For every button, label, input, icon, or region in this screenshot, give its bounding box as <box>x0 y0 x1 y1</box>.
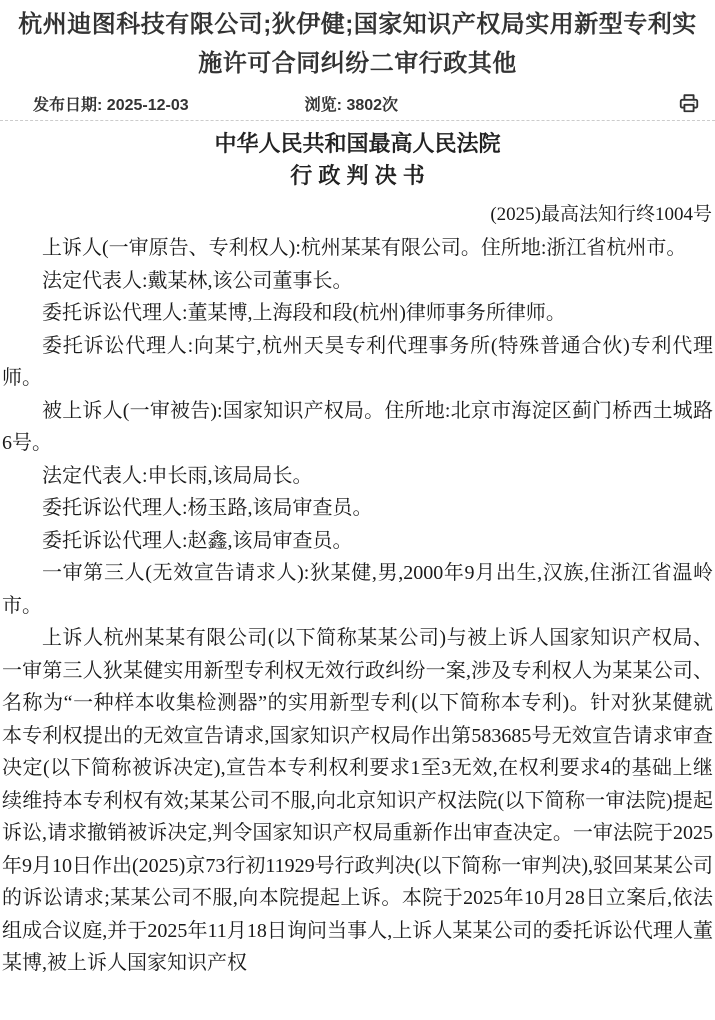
paragraph: 委托诉讼代理人:向某宁,杭州天昊专利代理事务所(特殊普通合伙)专利代理师。 <box>2 330 713 395</box>
paragraph: 法定代表人:戴某林,该公司董事长。 <box>2 265 713 298</box>
publish-date: 发布日期: 2025-12-03 <box>33 92 189 115</box>
judgment-page: 杭州迪图科技有限公司;狄伊健;国家知识产权局实用新型专利实施许可合同纠纷二审行政… <box>0 0 715 1020</box>
views-label: 浏览: <box>305 97 342 114</box>
views-value: 3802次 <box>346 97 398 114</box>
print-button[interactable] <box>677 91 701 115</box>
paragraph: 一审第三人(无效宣告请求人):狄某健,男,2000年9月出生,汉族,住浙江省温岭… <box>2 557 713 622</box>
case-number: (2025)最高法知行终1004号 <box>0 203 715 227</box>
meta-row: 发布日期: 2025-12-03 浏览: 3802次 <box>0 90 715 116</box>
paragraph: 上诉人杭州某某有限公司(以下简称某某公司)与被上诉人国家知识产权局、一审第三人狄… <box>2 622 713 980</box>
paragraph: 法定代表人:申长雨,该局局长。 <box>2 460 713 493</box>
paragraph: 委托诉讼代理人:董某博,上海段和段(杭州)律师事务所律师。 <box>2 297 713 330</box>
views-count: 浏览: 3802次 <box>305 92 398 115</box>
publish-date-label: 发布日期: <box>33 97 102 114</box>
dashed-divider <box>0 120 715 121</box>
paragraph: 委托诉讼代理人:赵鑫,该局审查员。 <box>2 525 713 558</box>
document-type-heading: 行 政 判 决 书 <box>0 162 715 189</box>
paragraph: 上诉人(一审原告、专利权人):杭州某某有限公司。住所地:浙江省杭州市。 <box>2 232 713 265</box>
court-name: 中华人民共和国最高人民法院 <box>0 130 715 157</box>
printer-icon <box>678 92 700 114</box>
paragraph: 委托诉讼代理人:杨玉路,该局审查员。 <box>2 492 713 525</box>
page-title: 杭州迪图科技有限公司;狄伊健;国家知识产权局实用新型专利实施许可合同纠纷二审行政… <box>8 5 708 83</box>
document-body: 上诉人(一审原告、专利权人):杭州某某有限公司。住所地:浙江省杭州市。法定代表人… <box>0 232 715 980</box>
publish-date-value: 2025-12-03 <box>107 97 189 114</box>
paragraph: 被上诉人(一审被告):国家知识产权局。住所地:北京市海淀区蓟门桥西土城路6号。 <box>2 395 713 460</box>
